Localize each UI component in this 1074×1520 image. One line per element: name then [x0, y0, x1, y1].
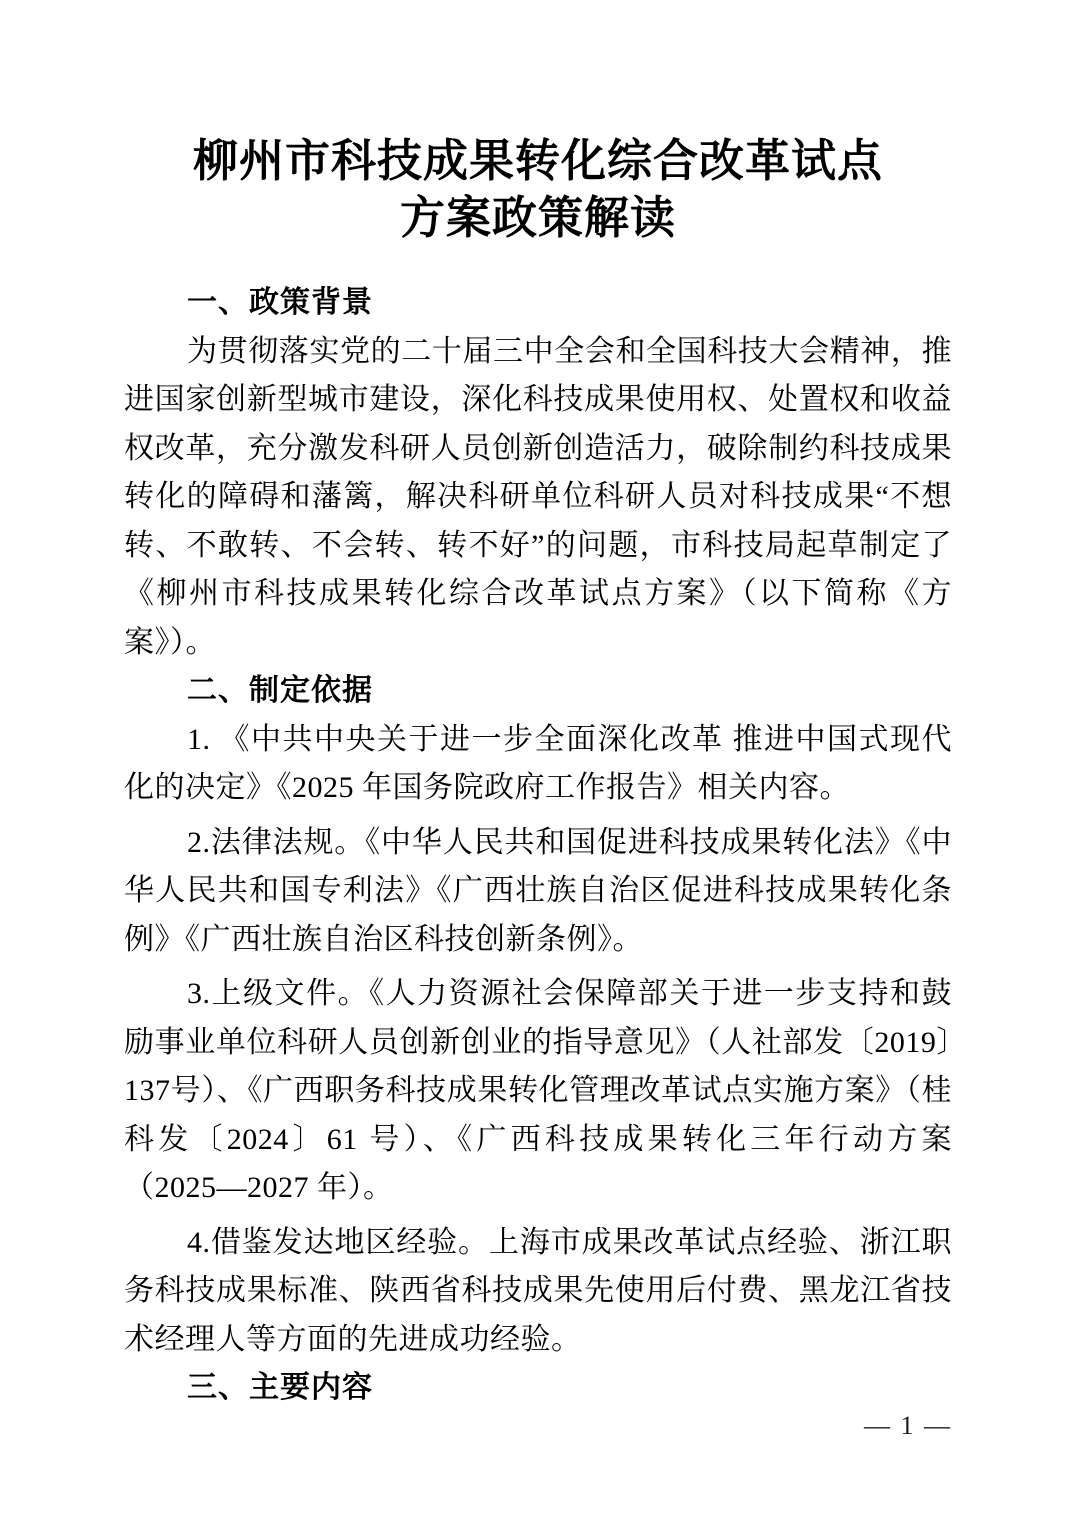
basis-item-1-paragraph: 1. 《中共中央关于进一步全面深化改革 推进中国式现代化的决定》《2025 年国…	[124, 716, 952, 813]
page-number: — 1 —	[864, 1408, 952, 1444]
document-page: 柳州市科技成果转化综合改革试点 方案政策解读 一、政策背景 为贯彻落实党的二十届…	[0, 0, 1074, 1520]
document-title-line-2: 方案政策解读	[124, 190, 952, 247]
basis-item-3-paragraph: 3.上级文件。《人力资源社会保障部关于进一步支持和鼓励事业单位科研人员创新创业的…	[124, 970, 952, 1213]
section-heading-policy-background: 一、政策背景	[124, 279, 952, 328]
basis-item-4-paragraph: 4.借鉴发达地区经验。上海市成果改革试点经验、浙江职务科技成果标准、陕西省科技成…	[124, 1219, 952, 1365]
section-heading-formulation-basis: 二、制定依据	[124, 667, 952, 716]
basis-item-2-paragraph: 2.法律法规。《中华人民共和国促进科技成果转化法》《中华人民共和国专利法》《广西…	[124, 819, 952, 965]
document-title-line-1: 柳州市科技成果转化综合改革试点	[124, 133, 952, 190]
policy-background-paragraph: 为贯彻落实党的二十届三中全会和全国科技大会精神，推进国家创新型城市建设，深化科技…	[124, 328, 952, 668]
document-title: 柳州市科技成果转化综合改革试点 方案政策解读	[124, 133, 952, 247]
section-heading-main-content: 三、主要内容	[124, 1364, 952, 1413]
